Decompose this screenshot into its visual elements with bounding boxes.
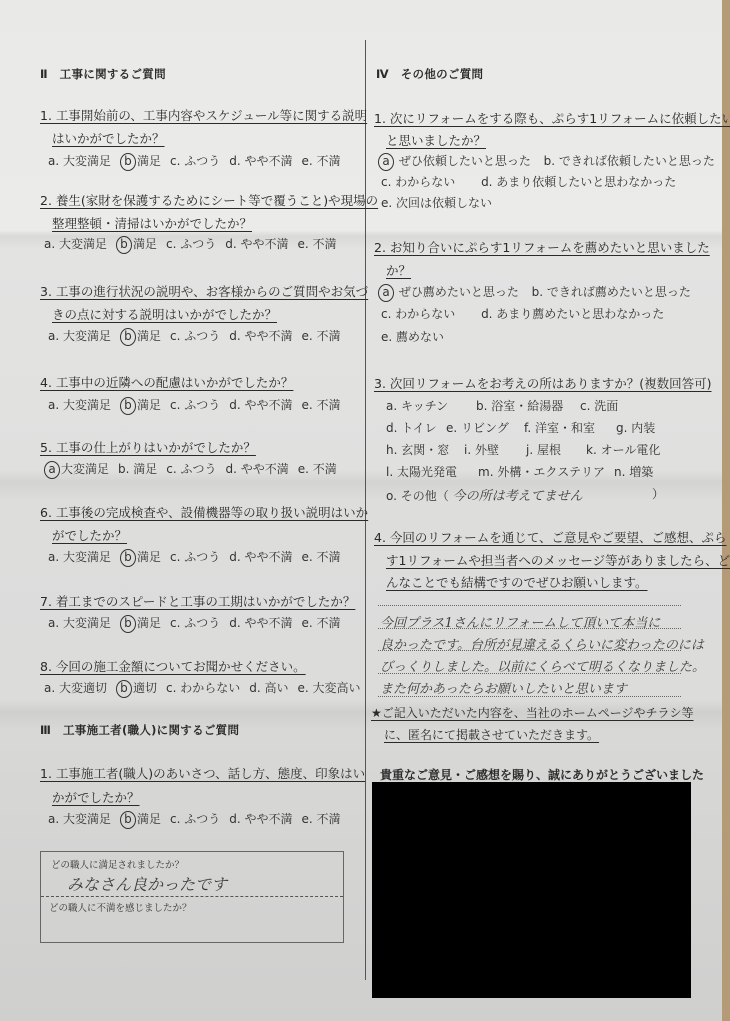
- satisfied-craftsman-label: どの職人に満足されましたか？: [51, 857, 184, 871]
- option-a[interactable]: a. 大変適切: [44, 681, 107, 695]
- q2-1-line1: 1. 工事開始前の、工事内容やスケジュール等に関する説明: [40, 106, 367, 124]
- q4-4-line1: 4. 今回のリフォームを通じて、ご意見やご要望、ご感想、ぷら: [374, 528, 727, 546]
- option-e[interactable]: e. 不満: [298, 462, 337, 476]
- q3-1-line1: 1. 工事施工者(職人)のあいさつ、話し方、態度、印象はい: [40, 764, 365, 782]
- option-d[interactable]: d. やや不満: [229, 550, 292, 564]
- option-o-other[interactable]: o. その他（: [386, 489, 449, 503]
- section-3-title: Ⅲ 工事施工者(職人)に関するご質問: [40, 722, 239, 738]
- q2-2-line2: 整理整頓・清掃はいかがでしたか？: [52, 214, 252, 232]
- comment-guide-line: [378, 628, 681, 629]
- selected-option-b[interactable]: b: [120, 397, 136, 415]
- other-close-paren: ）: [652, 485, 664, 502]
- option-d[interactable]: d. やや不満: [229, 616, 292, 630]
- dashed-separator: [41, 896, 343, 897]
- option-e[interactable]: e. 不満: [301, 154, 340, 168]
- comment-guide-line: [378, 650, 681, 651]
- q2-6-options: a. 大変満足b満足c. ふつうd. やや不満e. 不満: [48, 548, 350, 567]
- selected-option-b[interactable]: b: [120, 615, 136, 633]
- q2-3-line1: 3. 工事の進行状況の説明や、お客様からのご質問やお気づ: [40, 282, 368, 300]
- selected-option-b[interactable]: b: [116, 236, 132, 254]
- comment-guide-line: [378, 696, 681, 697]
- q2-7-options: a. 大変満足b満足c. ふつうd. やや不満e. 不満: [48, 614, 350, 633]
- option-d[interactable]: d. やや不満: [229, 329, 292, 343]
- option-d[interactable]: d. やや不満: [226, 462, 289, 476]
- q2-1-line2: はいかがでしたか？: [52, 129, 165, 147]
- option-e[interactable]: e. 薦めない: [381, 328, 444, 345]
- option-j-roof[interactable]: j. 屋根: [526, 441, 561, 458]
- q2-1-options: a. 大変満足b満足c. ふつうd. やや不満e. 不満: [48, 152, 350, 171]
- comment-guide-line: [378, 673, 681, 674]
- selected-option-a[interactable]: a: [378, 153, 394, 171]
- comment-guide-line: [378, 605, 681, 606]
- q2-8-options: a. 大変適切b適切c. わからないd. 高いe. 大変高い: [44, 679, 370, 698]
- q3-1-line2: かがでしたか？: [52, 788, 140, 806]
- option-d[interactable]: d. やや不満: [229, 154, 292, 168]
- option-h-entrance[interactable]: h. 玄関・窓: [386, 441, 449, 458]
- option-d[interactable]: d. 高い: [249, 681, 288, 695]
- selected-option-b[interactable]: b: [120, 549, 136, 567]
- option-c-washroom[interactable]: c. 洗面: [580, 397, 618, 414]
- option-c[interactable]: c. ふつう: [166, 462, 216, 476]
- q2-5-line1: 5. 工事の仕上がりはいかがでしたか？: [40, 438, 256, 456]
- option-n-extension[interactable]: n. 増築: [614, 463, 653, 480]
- section-2-title: Ⅱ 工事に関するご質問: [40, 66, 166, 82]
- option-c[interactable]: c. ふつう: [170, 812, 220, 826]
- q2-6-line1: 6. 工事後の完成検査や、設備機器等の取り扱い説明はいか: [40, 503, 368, 521]
- option-c[interactable]: c. ふつう: [170, 398, 220, 412]
- option-e[interactable]: e. 不満: [301, 398, 340, 412]
- option-c[interactable]: c. ふつう: [170, 154, 220, 168]
- satisfied-craftsman-answer[interactable]: みなさん良かったです: [67, 872, 227, 895]
- option-a[interactable]: a. 大変満足: [44, 237, 107, 251]
- option-c[interactable]: c. ふつう: [170, 616, 220, 630]
- notice-line1: ★ご記入いただいた内容を、当社のホームページやチラシ等: [371, 704, 694, 721]
- option-d[interactable]: d. あまり依頼したいと思わなかった: [481, 175, 676, 189]
- option-e-living[interactable]: e. リビング: [446, 419, 509, 436]
- selected-option-b[interactable]: b: [116, 680, 132, 698]
- option-e[interactable]: e. 不満: [301, 616, 340, 630]
- option-d-toilet[interactable]: d. トイレ: [386, 419, 437, 436]
- dissatisfied-craftsman-label: どの職人に不満を感じましたか？: [49, 900, 192, 914]
- q4-1-line2: と思いましたか？: [386, 131, 486, 149]
- option-i-exterior-wall[interactable]: i. 外壁: [464, 441, 499, 458]
- option-b-bath[interactable]: b. 浴室・給湯器: [476, 397, 563, 414]
- option-b-label: 満足: [137, 550, 161, 564]
- option-d[interactable]: d. やや不満: [225, 237, 288, 251]
- selected-option-b[interactable]: b: [120, 153, 136, 171]
- option-a[interactable]: a. 大変満足: [48, 398, 111, 412]
- option-c[interactable]: c. ふつう: [170, 550, 220, 564]
- q2-7-line1: 7. 着工までのスピードと工事の工期はいかがでしたか？: [40, 592, 355, 610]
- option-b-label: 満足: [137, 154, 161, 168]
- selected-option-b[interactable]: b: [120, 811, 136, 829]
- q4-2-option-row2: c. わからない d. あまり薦めたいと思わなかった: [381, 305, 673, 322]
- q4-3-other-row: o. その他（ 今の所は考えてません ）: [386, 485, 666, 504]
- q2-4-options: a. 大変満足b満足c. ふつうd. やや不満e. 不満: [48, 396, 350, 415]
- survey-paper: Ⅱ 工事に関するご質問 1. 工事開始前の、工事内容やスケジュール等に関する説明…: [0, 0, 722, 1021]
- comment-line-4[interactable]: また何かあったらお願いしたいと思います: [380, 678, 627, 697]
- option-e[interactable]: e. 不満: [301, 550, 340, 564]
- option-a[interactable]: a. 大変満足: [48, 616, 111, 630]
- option-e[interactable]: e. 不満: [301, 329, 340, 343]
- craftsman-feedback-box: どの職人に満足されましたか？ みなさん良かったです どの職人に不満を感じましたか…: [40, 851, 344, 943]
- notice-line2: に、匿名にて掲載させていただきます。: [384, 726, 599, 743]
- q2-2-line1: 2. 養生(家財を保護するためにシート等で覆うこと)や現場の: [40, 191, 378, 209]
- option-l-solar[interactable]: l. 太陽光発電: [386, 463, 457, 480]
- option-c[interactable]: c. ふつう: [170, 329, 220, 343]
- q2-5-options: a大変満足b. 満足c. ふつうd. やや不満e. 不満: [44, 460, 346, 479]
- option-b[interactable]: b. できれば薦めたいと思った: [532, 285, 691, 299]
- option-e[interactable]: e. 次回は依頼しない: [381, 194, 492, 211]
- option-c[interactable]: c. ふつう: [166, 237, 216, 251]
- option-e[interactable]: e. 大変高い: [297, 681, 360, 695]
- option-a[interactable]: a. 大変満足: [48, 812, 111, 826]
- option-a[interactable]: a. 大変満足: [48, 329, 111, 343]
- option-a-kitchen[interactable]: a. キッチン: [386, 397, 448, 414]
- option-b-label: 満足: [137, 329, 161, 343]
- q4-3-line1: 3. 次回リフォームをお考えの所はありますか？(複数回答可): [374, 374, 712, 392]
- option-c[interactable]: c. わからない: [381, 175, 455, 189]
- selected-option-a[interactable]: a: [378, 284, 394, 302]
- option-e[interactable]: e. 不満: [297, 237, 336, 251]
- option-d[interactable]: d. やや不満: [229, 398, 292, 412]
- q2-3-line2: きの点に対する説明はいかがでしたか？: [52, 305, 277, 323]
- option-b-label: 満足: [137, 398, 161, 412]
- option-b[interactable]: b. 満足: [118, 462, 157, 476]
- q4-4-line2: す1リフォームや担当者へのメッセージ等がありましたら、ど: [386, 551, 730, 569]
- option-a[interactable]: a. 大変満足: [48, 154, 111, 168]
- q2-6-line2: がでしたか？: [52, 526, 127, 544]
- q3-1-options: a. 大変満足b満足c. ふつうd. やや不満e. 不満: [48, 810, 350, 829]
- redacted-block: [372, 782, 691, 998]
- q2-2-options: a. 大変満足b満足c. ふつうd. やや不満e. 不満: [44, 235, 346, 254]
- q4-2-line2: か？: [386, 261, 411, 279]
- q4-4-line3: んなことでも結構ですのでぜひお願いします。: [386, 573, 648, 591]
- q4-1-line1: 1. 次にリフォームをする際も、ぷらす1リフォームに依頼したい: [374, 109, 730, 127]
- q4-2-option-row1: a ぜひ薦めたいと思った b. できれば薦めたいと思った: [378, 283, 700, 302]
- option-a[interactable]: a. 大変満足: [48, 550, 111, 564]
- option-a-label: ぜひ依頼したいと思った: [399, 154, 531, 168]
- option-b[interactable]: b. できれば依頼したいと思った: [544, 154, 715, 168]
- selected-option-a[interactable]: a: [44, 461, 60, 479]
- selected-option-b[interactable]: b: [120, 328, 136, 346]
- option-a-label: 大変満足: [61, 462, 109, 476]
- q4-1-option-row2: c. わからない d. あまり依頼したいと思わなかった: [381, 173, 685, 190]
- q4-2-line1: 2. お知り合いにぷらす1リフォームを薦めたいと思いました: [374, 238, 710, 256]
- option-b-label: 満足: [137, 812, 161, 826]
- option-b-label: 適切: [133, 681, 157, 695]
- other-answer[interactable]: 今の所は考えてません: [453, 489, 583, 504]
- option-d[interactable]: d. やや不満: [229, 812, 292, 826]
- option-m-exterior[interactable]: m. 外構・エクステリア: [478, 463, 605, 480]
- option-b-label: 満足: [133, 237, 157, 251]
- q2-8-line1: 8. 今回の施工金額についてお聞かせください。: [40, 657, 306, 675]
- option-k-all-electric[interactable]: k. オール電化: [586, 441, 660, 458]
- section-4-title: Ⅳ その他のご質問: [376, 66, 483, 82]
- thanks-message: 貴重なご意見・ご感想を賜り、誠にありがとうございました: [380, 766, 704, 783]
- q2-4-line1: 4. 工事中の近隣への配慮はいかがでしたか？: [40, 373, 293, 391]
- option-b-label: 満足: [137, 616, 161, 630]
- option-c[interactable]: c. わからない: [381, 307, 455, 321]
- option-e[interactable]: e. 不満: [301, 812, 340, 826]
- option-a-label: ぜひ薦めたいと思った: [399, 285, 519, 299]
- q2-3-options: a. 大変満足b満足c. ふつうd. やや不満e. 不満: [48, 327, 350, 346]
- option-g-interior[interactable]: g. 内装: [616, 419, 655, 436]
- option-c[interactable]: c. わからない: [166, 681, 240, 695]
- option-f-rooms[interactable]: f. 洋室・和室: [524, 419, 595, 436]
- q4-1-option-row1: a ぜひ依頼したいと思った b. できれば依頼したいと思った: [378, 152, 724, 171]
- option-d[interactable]: d. あまり薦めたいと思わなかった: [481, 307, 664, 321]
